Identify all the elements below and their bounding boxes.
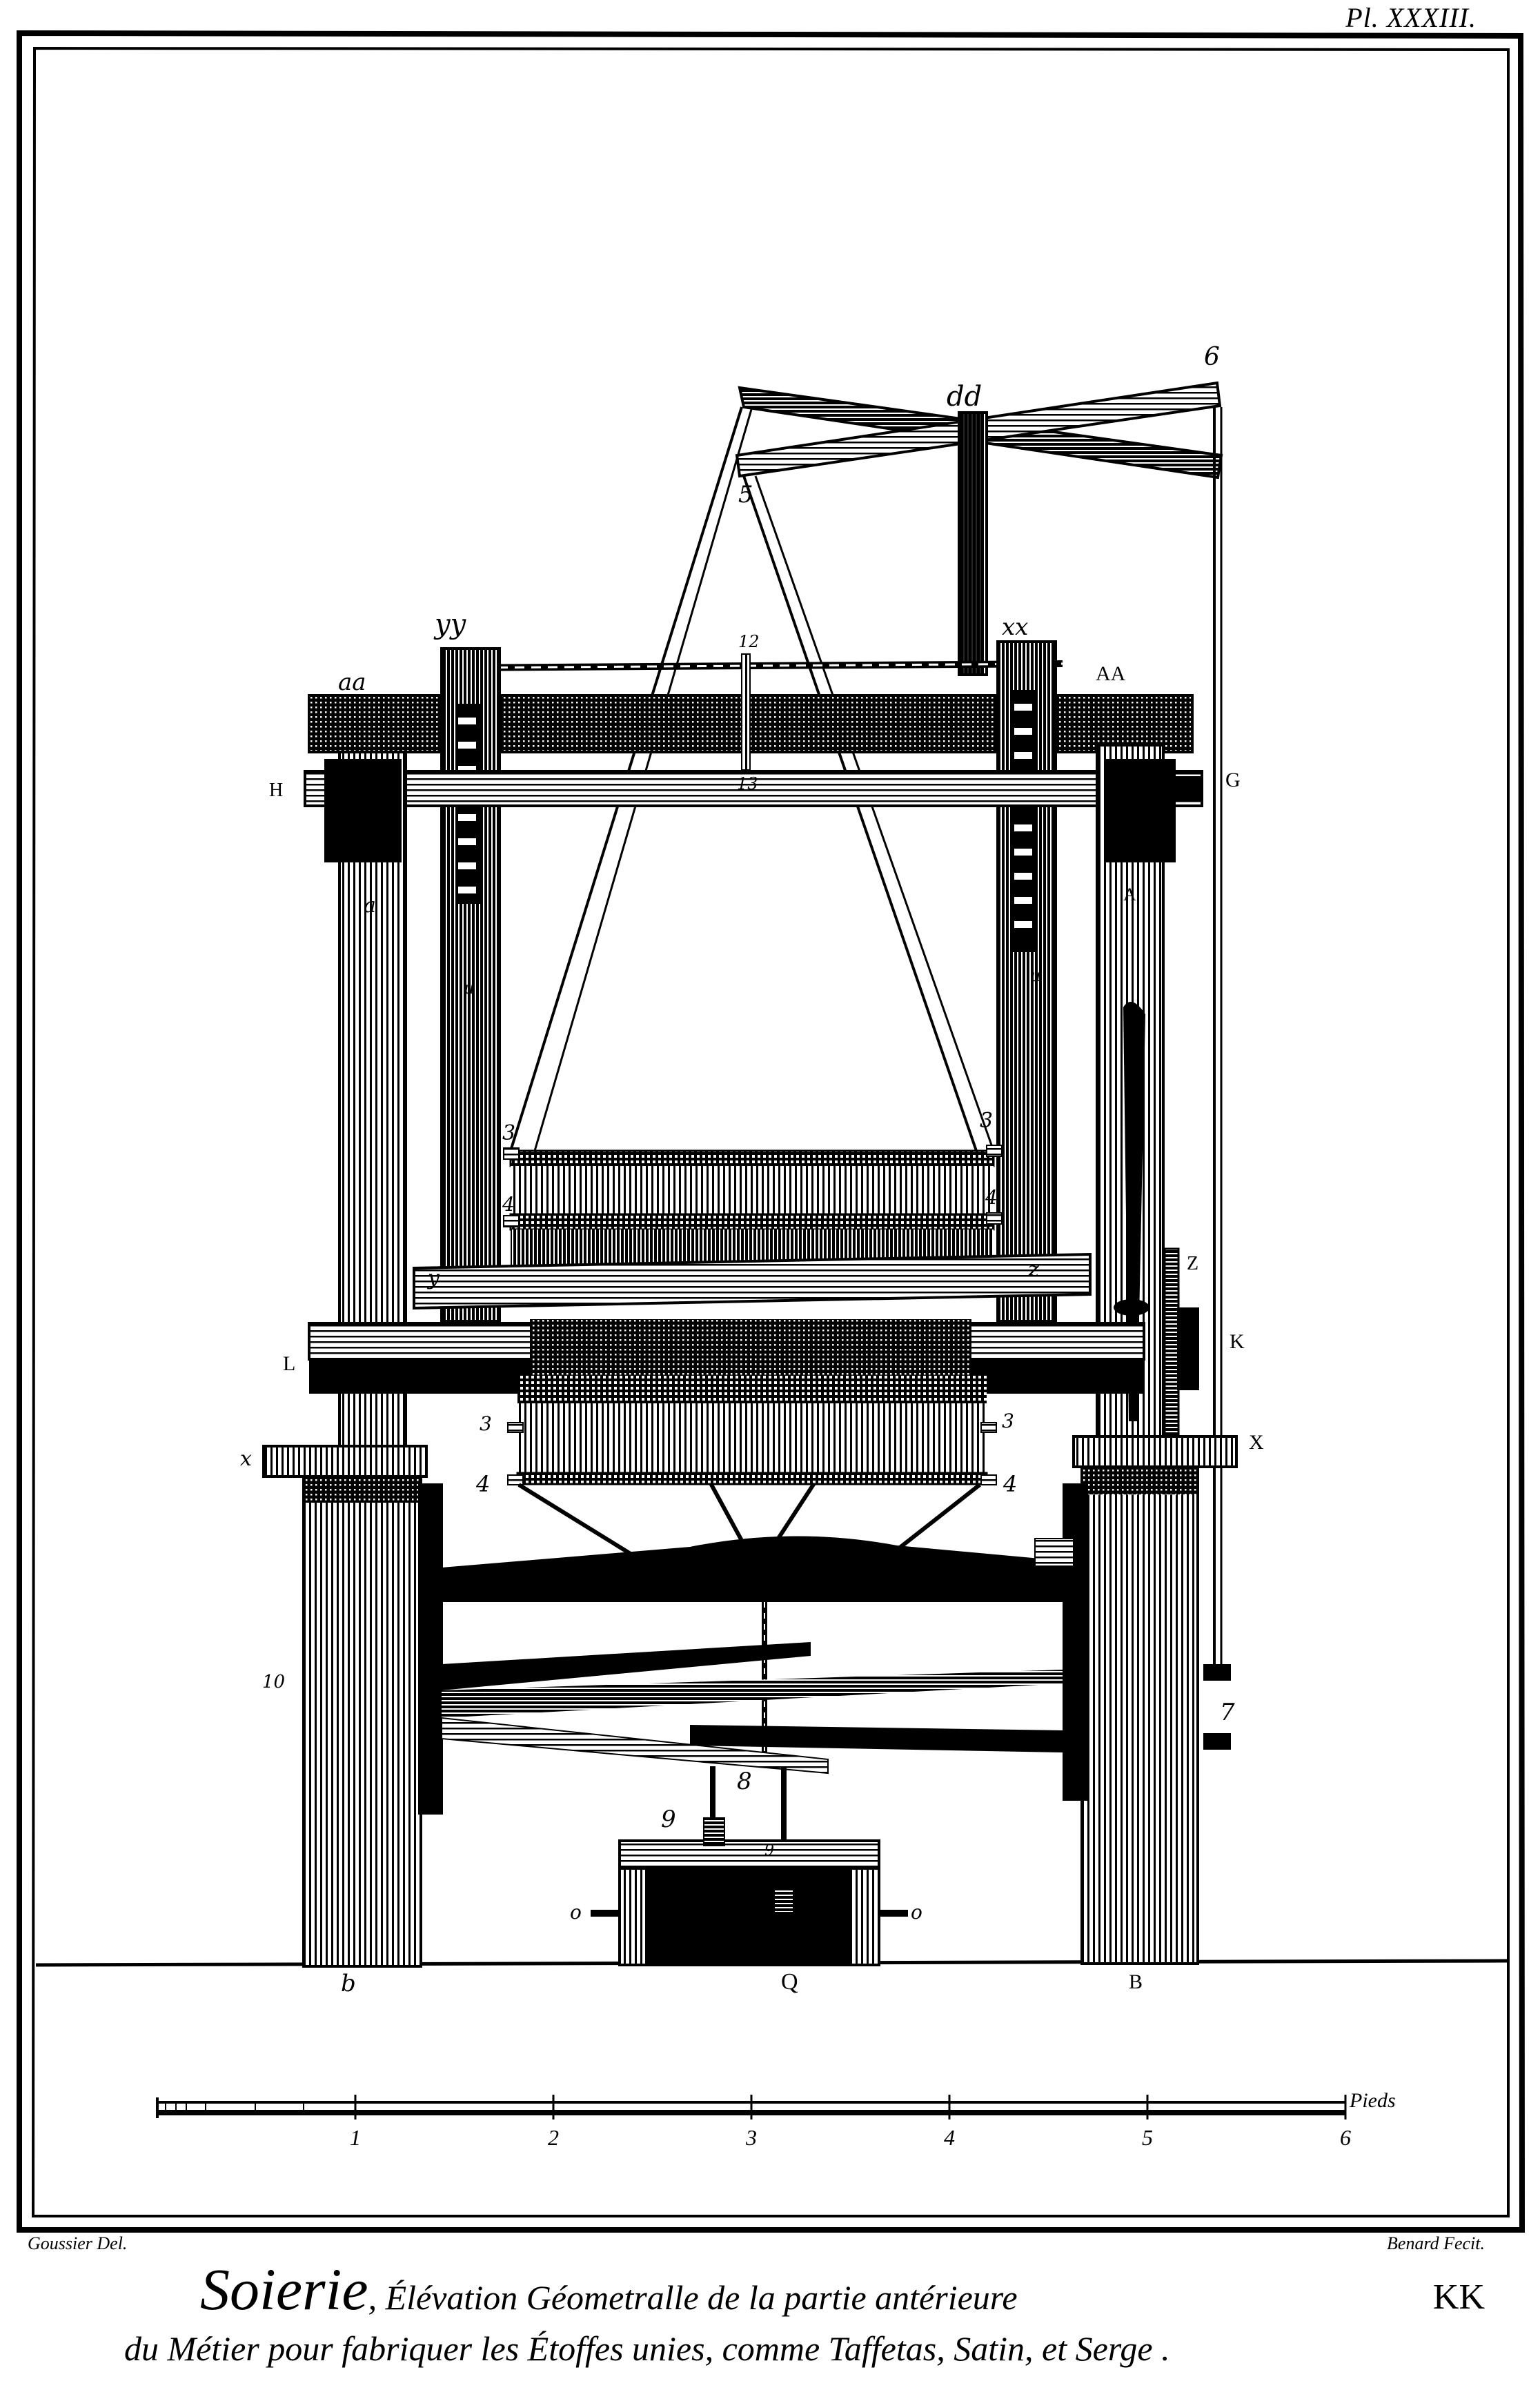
label-B: B <box>1129 1972 1143 1993</box>
label-AA: AA <box>1096 664 1125 684</box>
label-dd: dd <box>947 383 982 411</box>
label-X: X <box>1249 1432 1264 1453</box>
label-13: 13 <box>737 775 758 792</box>
weight-box <box>591 1766 908 1965</box>
label-4-right-top: 4 <box>985 1188 998 1207</box>
label-u-left: u <box>464 980 474 996</box>
label-xx: xx <box>1002 615 1028 639</box>
label-bb: bb <box>435 1573 465 1597</box>
label-o-left: o <box>570 1903 582 1922</box>
scale-tick-label: 6 <box>1340 2125 1351 2151</box>
label-a: a <box>364 896 376 916</box>
plate-number: Pl. XXXIII. <box>1345 1 1477 34</box>
plate-subject: Soierie <box>200 2256 368 2322</box>
label-3-left-bottom: 3 <box>480 1414 492 1434</box>
scale-tick-label: 3 <box>746 2125 757 2151</box>
label-3-left-top: 3 <box>502 1123 515 1144</box>
label-9-right: 9 <box>764 1844 774 1859</box>
label-u-right: u <box>1030 967 1040 984</box>
label-3-right-bottom: 3 <box>1002 1412 1014 1431</box>
label-Z: Z <box>1187 1254 1198 1274</box>
label-10: 10 <box>262 1673 285 1691</box>
label-3-right-top: 3 <box>980 1111 993 1132</box>
label-z: z <box>1028 1260 1039 1281</box>
plate-title-line1: Soierie, Élévation Géometralle de la par… <box>200 2255 1018 2324</box>
label-4-left-top: 4 <box>502 1195 515 1214</box>
label-Q: Q <box>781 1970 798 1994</box>
label-5: 5 <box>738 483 753 506</box>
loom-engraving <box>0 0 1540 2401</box>
label-L: L <box>283 1354 295 1374</box>
lever-bb-BB <box>442 1536 1074 1752</box>
scale-unit-label: Pieds <box>1350 2089 1396 2113</box>
credit-draughtsman: Goussier Del. <box>28 2233 127 2254</box>
label-6: 6 <box>1204 345 1220 370</box>
label-A: A <box>1123 886 1136 904</box>
sheet-code: KK <box>1433 2277 1485 2318</box>
label-G: G <box>1225 770 1241 791</box>
label-y: y <box>428 1268 440 1289</box>
label-o-right: o <box>911 1903 922 1922</box>
treadles <box>442 1642 1063 1773</box>
label-8: 8 <box>737 1770 752 1793</box>
label-12: 12 <box>738 633 760 650</box>
label-7: 7 <box>1220 1701 1235 1724</box>
plate-title-rest: , Élévation Géometralle de la partie ant… <box>368 2278 1018 2317</box>
label-H: H <box>269 781 283 800</box>
lower-harness <box>508 1376 996 1561</box>
label-BB: BB <box>967 1588 989 1605</box>
scale-tick-label: 5 <box>1142 2125 1153 2151</box>
scale-tick-label: 2 <box>548 2125 559 2151</box>
scale-tick-label: 1 <box>350 2125 361 2151</box>
label-K: K <box>1230 1332 1245 1352</box>
upper-harness <box>504 1145 1002 1271</box>
label-4-left-bottom: 4 <box>476 1473 490 1495</box>
label-9-left: 9 <box>661 1808 676 1831</box>
label-yy: yy <box>435 611 466 638</box>
label-b: b <box>341 1972 356 1995</box>
label-aa: aa <box>338 671 366 694</box>
scale-tick-label: 4 <box>944 2125 955 2151</box>
label-x: x <box>240 1449 252 1470</box>
label-4-right-bottom: 4 <box>1003 1473 1017 1495</box>
credit-engraver: Benard Fecit. <box>1387 2233 1485 2254</box>
plate-title-line2: du Métier pour fabriquer les Étoffes uni… <box>124 2329 1170 2369</box>
scale-bar <box>157 2095 1345 2120</box>
